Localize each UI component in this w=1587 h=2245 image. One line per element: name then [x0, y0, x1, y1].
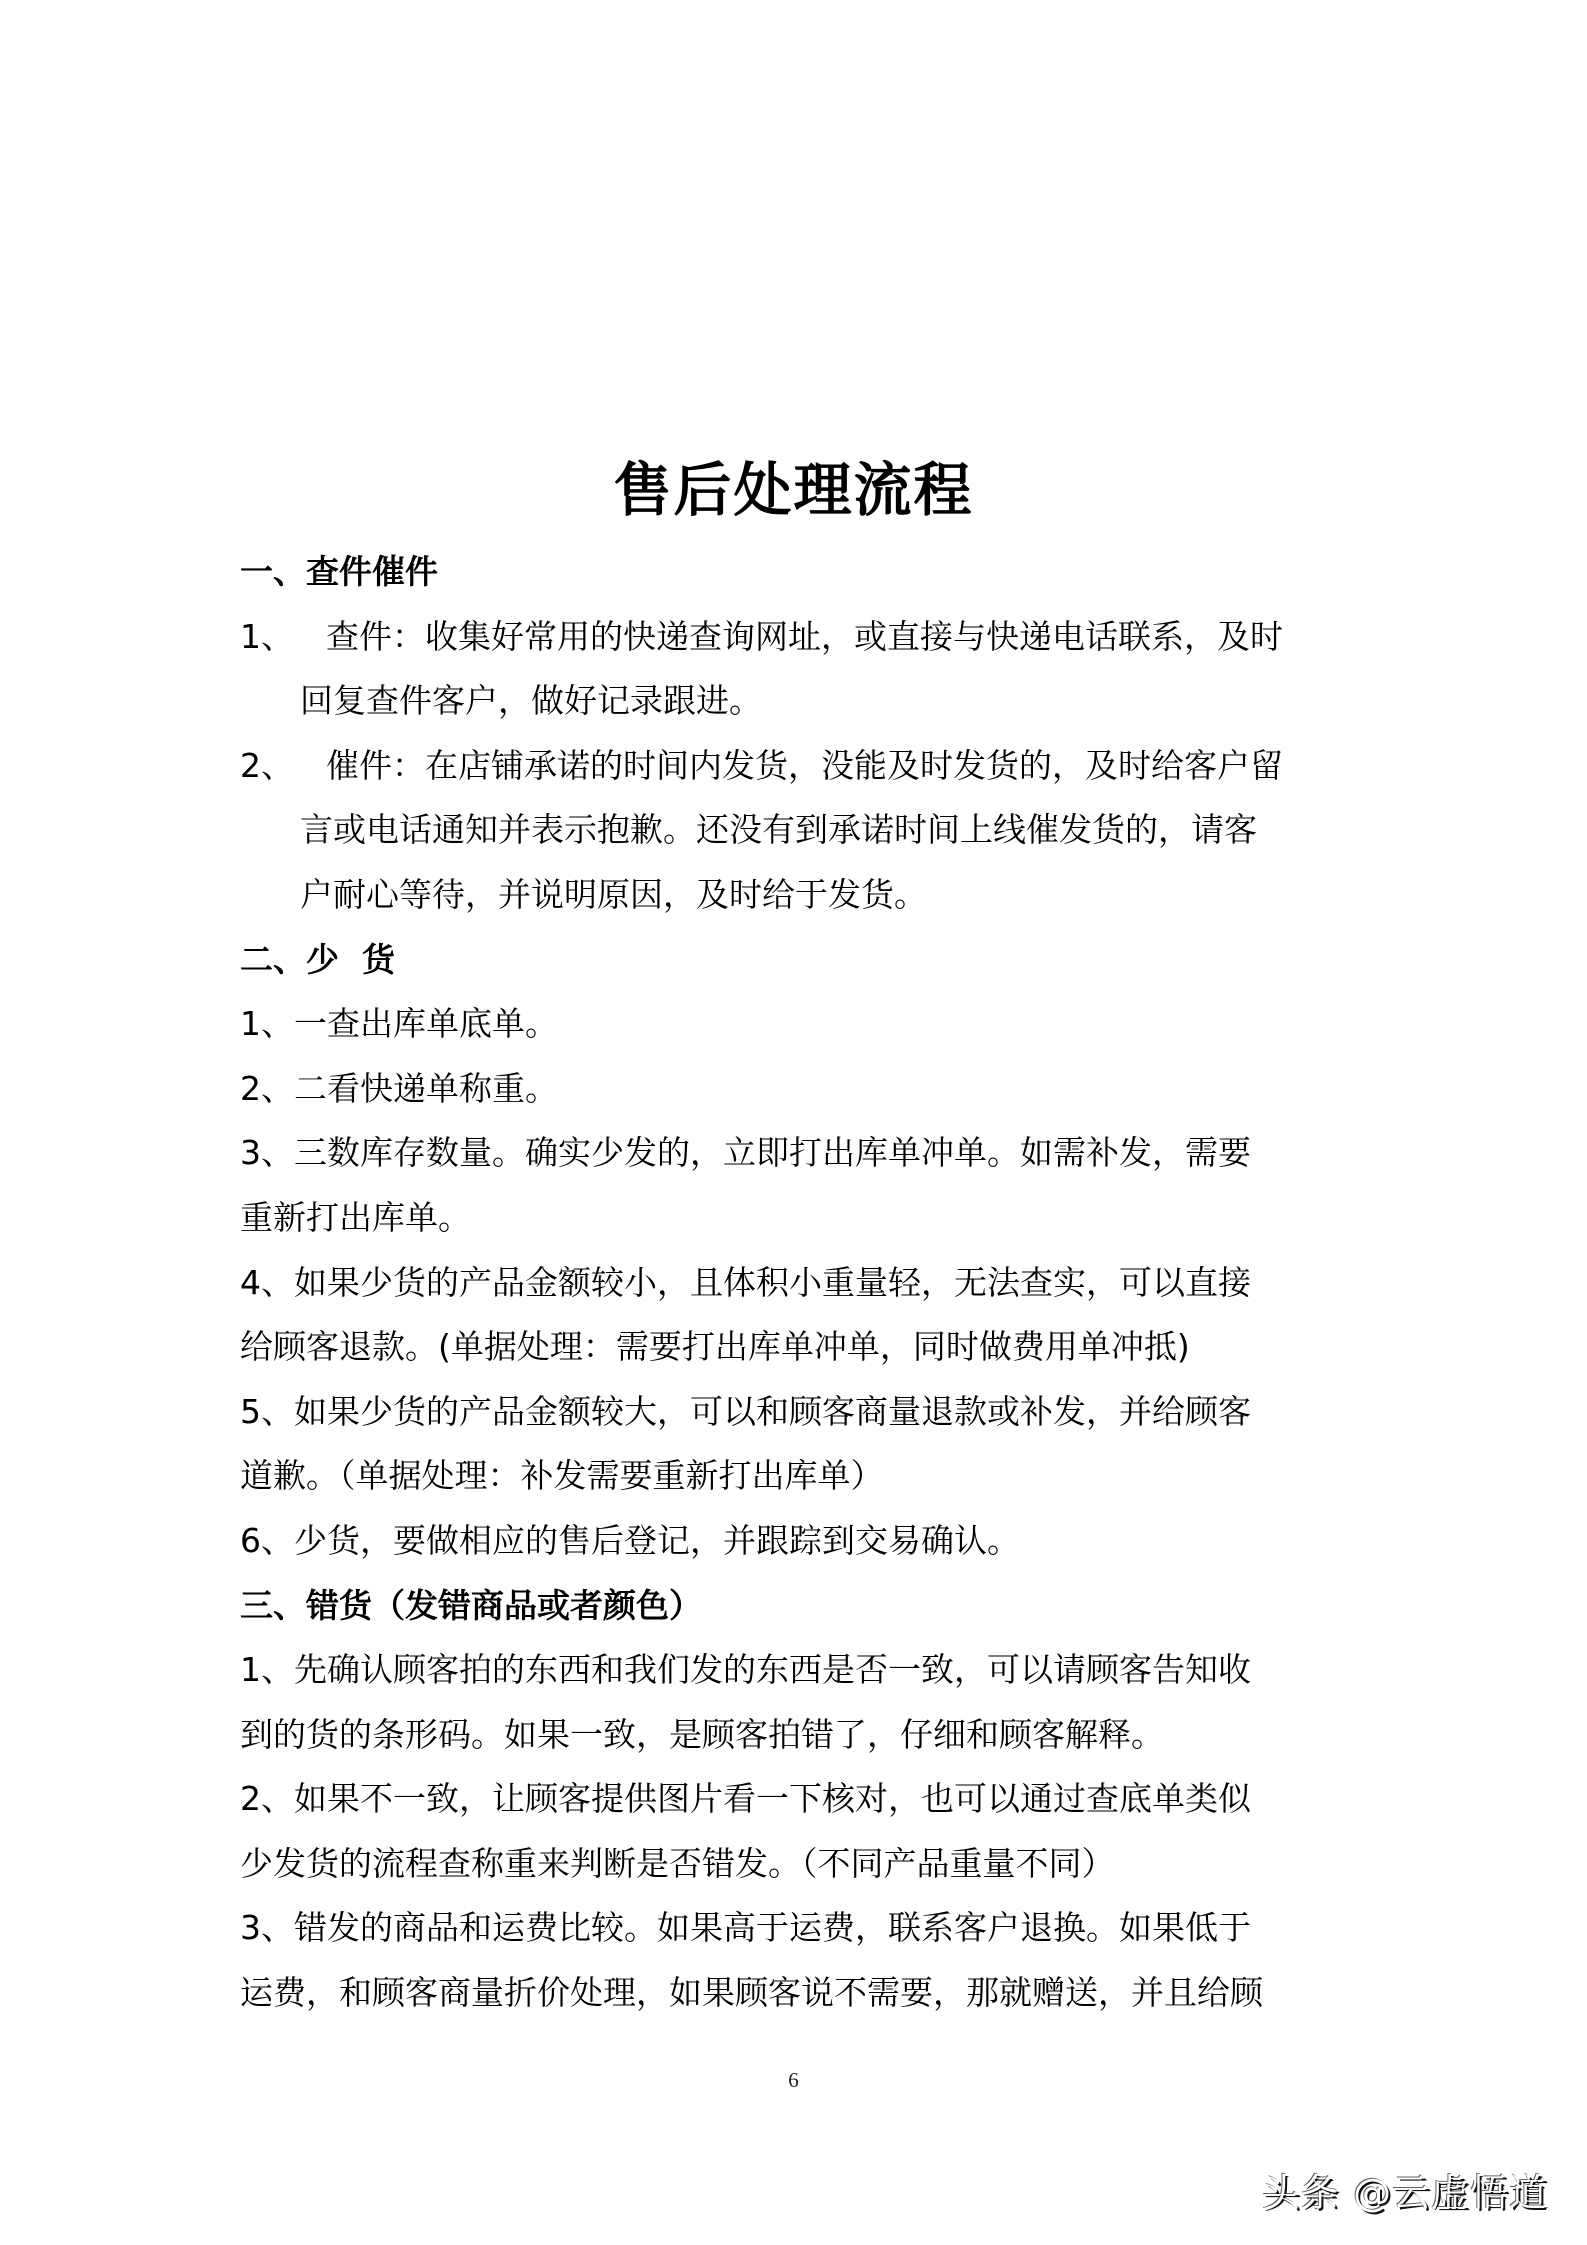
document-body: 一、查件催件 1、查件：收集好常用的快递查询网址，或直接与快递电话联系，及时 回… [240, 540, 1395, 2026]
list-item: 1、先确认顾客拍的东西和我们发的东西是否一致，可以请顾客告知收 [240, 1638, 1395, 1703]
item-text: 催件：在店铺承诺的时间内发货，没能及时发货的，及时给客户留 [326, 746, 1283, 785]
document-page: 售后处理流程 一、查件催件 1、查件：收集好常用的快递查询网址，或直接与快递电话… [0, 0, 1587, 2245]
list-item: 5、如果少货的产品金额较大，可以和顾客商量退款或补发，并给顾客 [240, 1380, 1395, 1445]
list-item: 3、错发的商品和运费比较。如果高于运费，联系客户退换。如果低于 [240, 1896, 1395, 1961]
item-text-continued: 重新打出库单。 [240, 1186, 1395, 1251]
list-item: 3、三数库存数量。确实少发的，立即打出库单冲单。如需补发，需要 [240, 1121, 1395, 1186]
item-text-continued: 回复查件客户，做好记录跟进。 [240, 669, 1395, 734]
item-text-continued: 给顾客退款。(单据处理：需要打出库单冲单，同时做费用单冲抵) [240, 1315, 1395, 1380]
page-number: 6 [0, 2068, 1587, 2093]
list-item: 1、查件：收集好常用的快递查询网址，或直接与快递电话联系，及时 [240, 605, 1395, 670]
item-number: 1、 [240, 605, 294, 670]
item-text-continued: 户耐心等待，并说明原因，及时给于发货。 [240, 863, 1395, 928]
item-text: 查件：收集好常用的快递查询网址，或直接与快递电话联系，及时 [326, 617, 1283, 656]
list-item: 2、催件：在店铺承诺的时间内发货，没能及时发货的，及时给客户留 [240, 734, 1395, 799]
section-heading: 三、错货（发错商品或者颜色） [240, 1574, 1395, 1639]
list-item: 1、一查出库单底单。 [240, 992, 1395, 1057]
item-text-continued: 言或电话通知并表示抱歉。还没有到承诺时间上线催发货的，请客 [240, 798, 1395, 863]
item-text-continued: 少发货的流程查称重来判断是否错发。（不同产品重量不同） [240, 1832, 1395, 1897]
item-text-continued: 到的货的条形码。如果一致，是顾客拍错了，仔细和顾客解释。 [240, 1703, 1395, 1768]
list-item: 2、如果不一致，让顾客提供图片看一下核对，也可以通过查底单类似 [240, 1767, 1395, 1832]
item-text-continued: 道歉。（单据处理：补发需要重新打出库单） [240, 1444, 1395, 1509]
section-heading: 二、少 货 [240, 928, 1395, 993]
section-heading: 一、查件催件 [240, 540, 1395, 605]
watermark: 头条 @云虚悟道 [1262, 2162, 1548, 2217]
item-number: 2、 [240, 734, 294, 799]
item-text-continued: 运费，和顾客商量折价处理，如果顾客说不需要，那就赠送，并且给顾 [240, 1961, 1395, 2026]
list-item: 6、少货，要做相应的售后登记，并跟踪到交易确认。 [240, 1509, 1395, 1574]
list-item: 2、二看快递单称重。 [240, 1057, 1395, 1122]
document-title: 售后处理流程 [0, 455, 1587, 525]
list-item: 4、如果少货的产品金额较小，且体积小重量轻，无法查实，可以直接 [240, 1251, 1395, 1316]
